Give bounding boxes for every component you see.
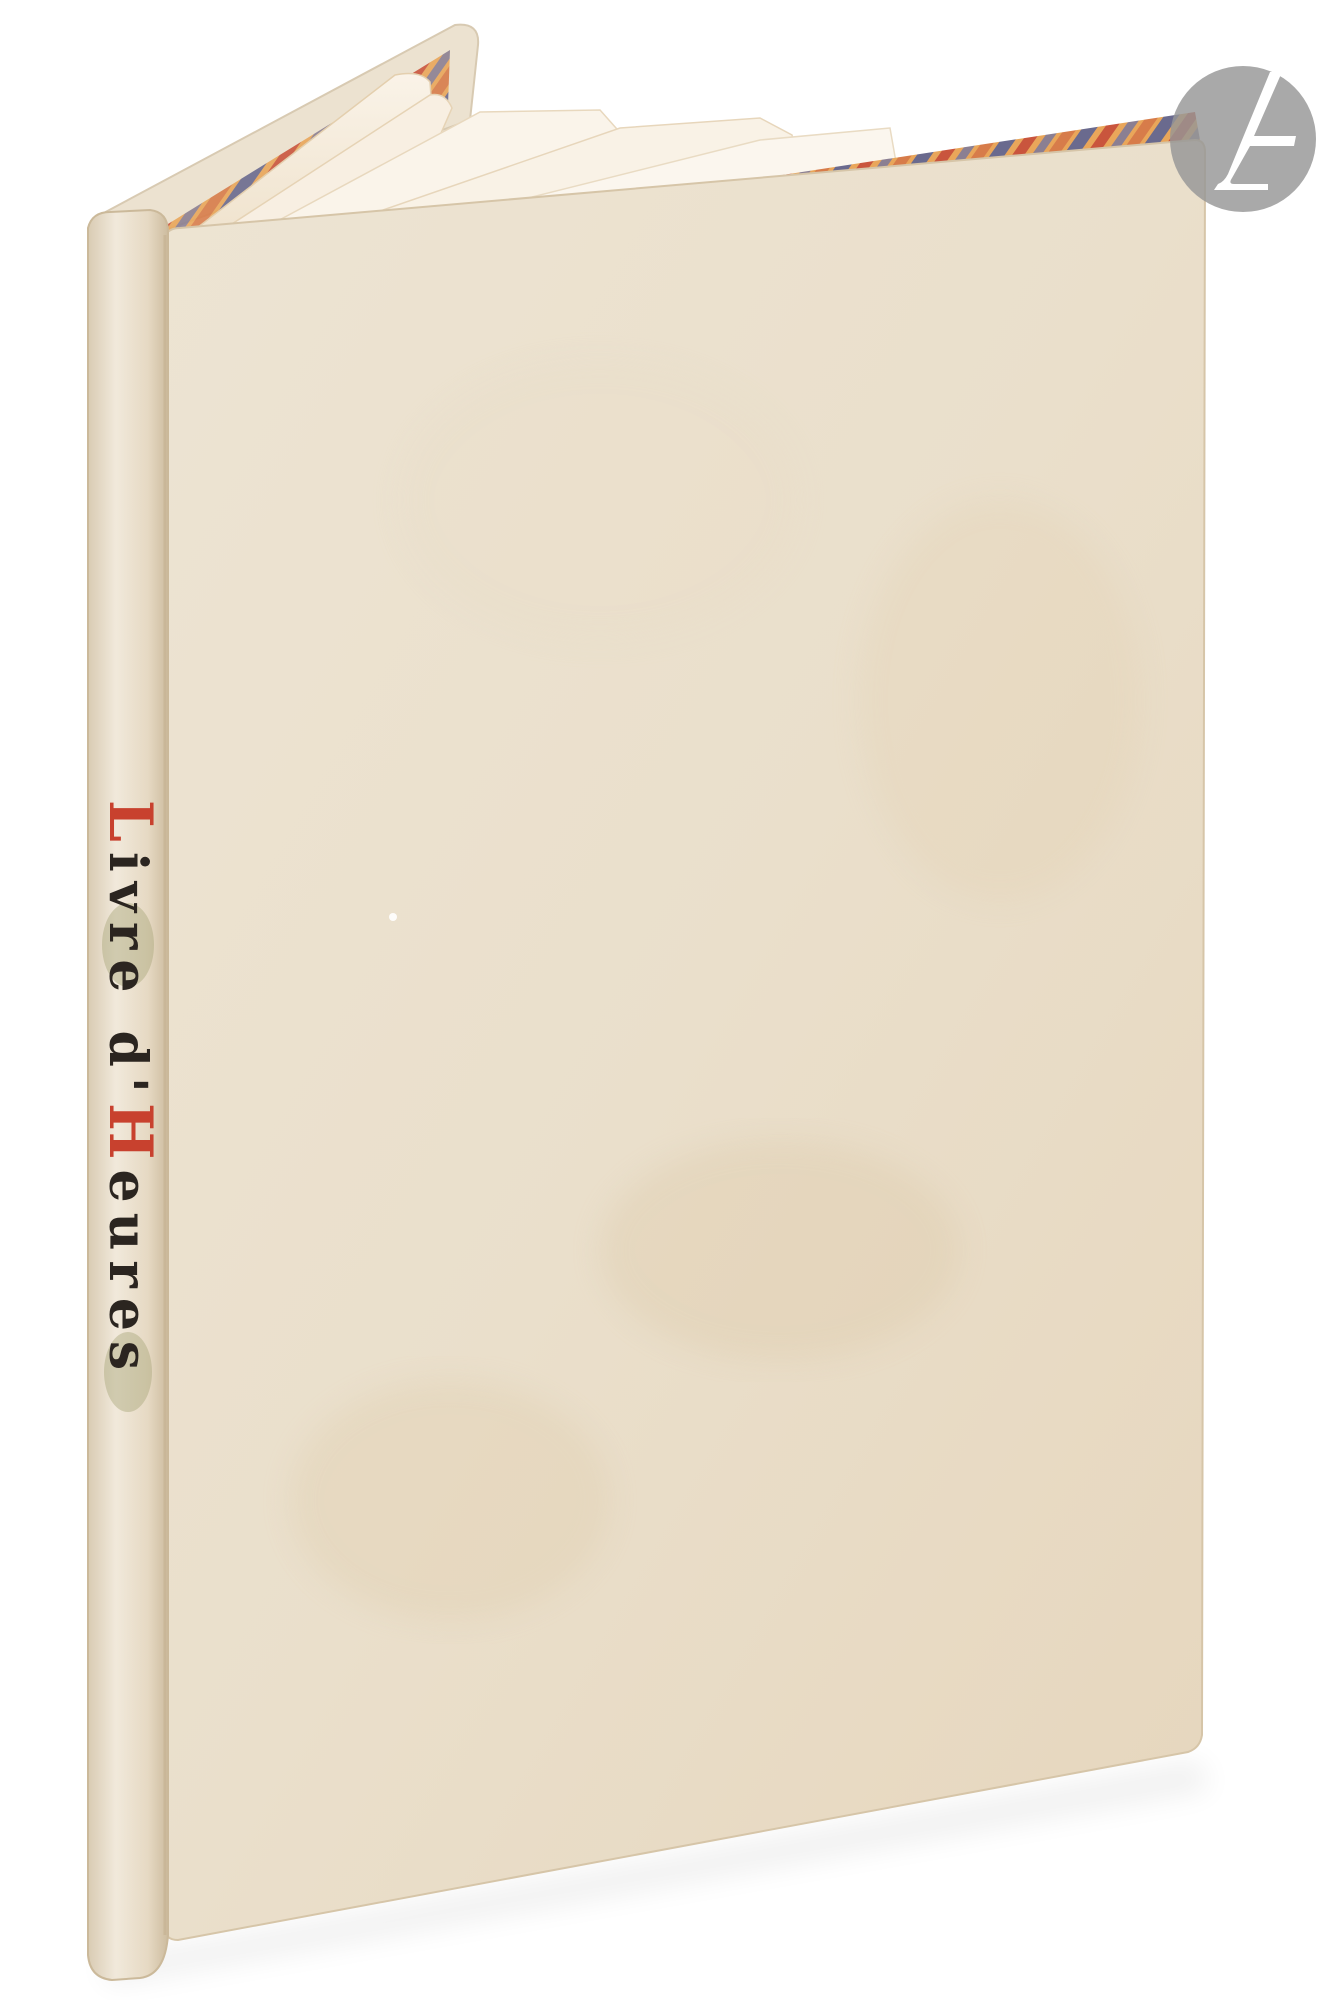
spine-title: Livre d'Heures: [95, 800, 165, 1380]
watermark-logo: [1170, 66, 1316, 212]
spine-word-d: d': [97, 1031, 158, 1103]
book-photograph: Livre d'Heures: [0, 0, 1342, 2000]
book-illustration: [0, 0, 1342, 2000]
stylized-f-icon: [1170, 66, 1316, 212]
spine-word-heures: eures: [97, 1170, 158, 1381]
spine-initial-l: L: [95, 800, 165, 852]
cover-blemish: [389, 913, 397, 921]
spine-word-livre: ivre: [97, 852, 158, 1031]
spine-initial-h: H: [95, 1103, 165, 1170]
